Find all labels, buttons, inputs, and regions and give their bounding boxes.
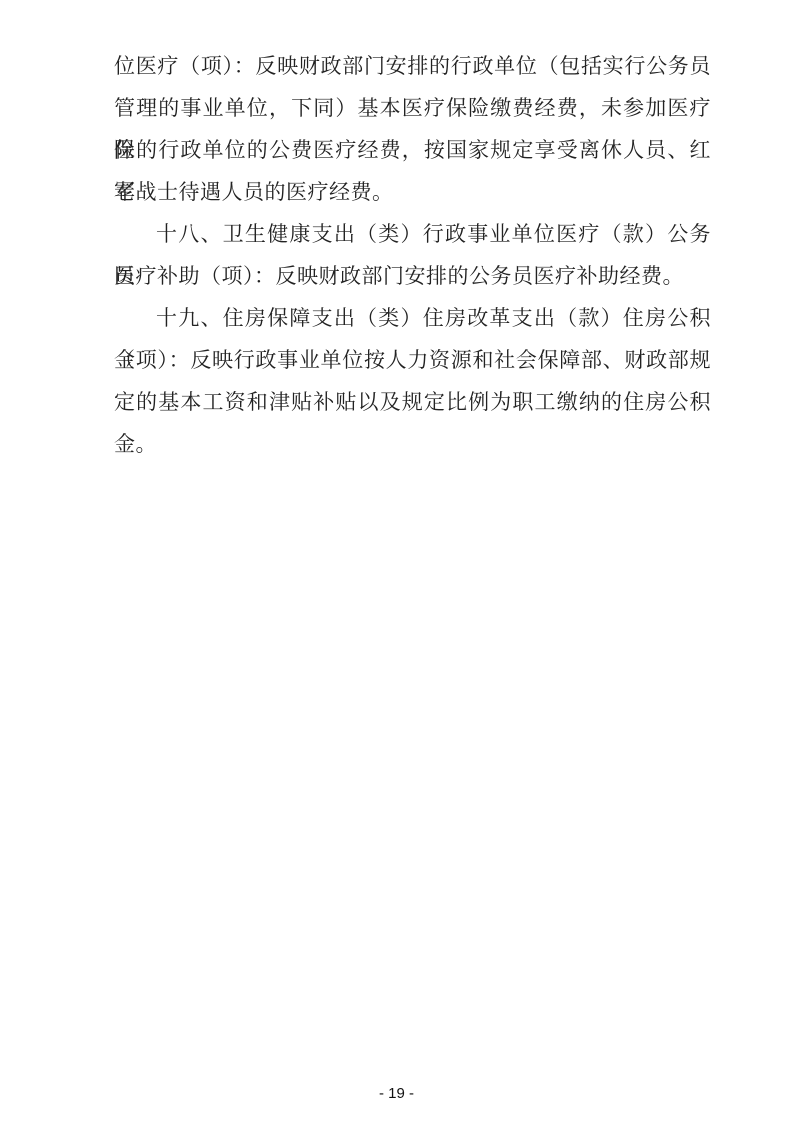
text-line: 金。 bbox=[114, 423, 711, 465]
document-page: 位医疗（项）：反映财政部门安排的行政单位（包括实行公务员管理的事业单位，下同）基… bbox=[0, 0, 793, 1122]
text-line: 十八、卫生健康支出（类）行政事业单位医疗（款）公务员 bbox=[114, 213, 711, 255]
text-line: 险的行政单位的公费医疗经费，按国家规定享受离休人员、红军 bbox=[114, 129, 711, 171]
text-line: 管理的事业单位，下同）基本医疗保险缴费经费，未参加医疗保 bbox=[114, 87, 711, 129]
text-line: 十九、住房保障支出（类）住房改革支出（款）住房公积金 bbox=[114, 297, 711, 339]
text-line: （项）：反映行政事业单位按人力资源和社会保障部、财政部规 bbox=[114, 339, 711, 381]
text-line: 定的基本工资和津贴补贴以及规定比例为职工缴纳的住房公积 bbox=[114, 381, 711, 423]
text-line: 老战士待遇人员的医疗经费。 bbox=[114, 171, 711, 213]
page-number: - 19 - bbox=[0, 1086, 793, 1101]
text-line: 位医疗（项）：反映财政部门安排的行政单位（包括实行公务员 bbox=[114, 45, 711, 87]
text-line: 医疗补助（项）：反映财政部门安排的公务员医疗补助经费。 bbox=[114, 255, 711, 297]
document-body: 位医疗（项）：反映财政部门安排的行政单位（包括实行公务员管理的事业单位，下同）基… bbox=[114, 45, 711, 465]
